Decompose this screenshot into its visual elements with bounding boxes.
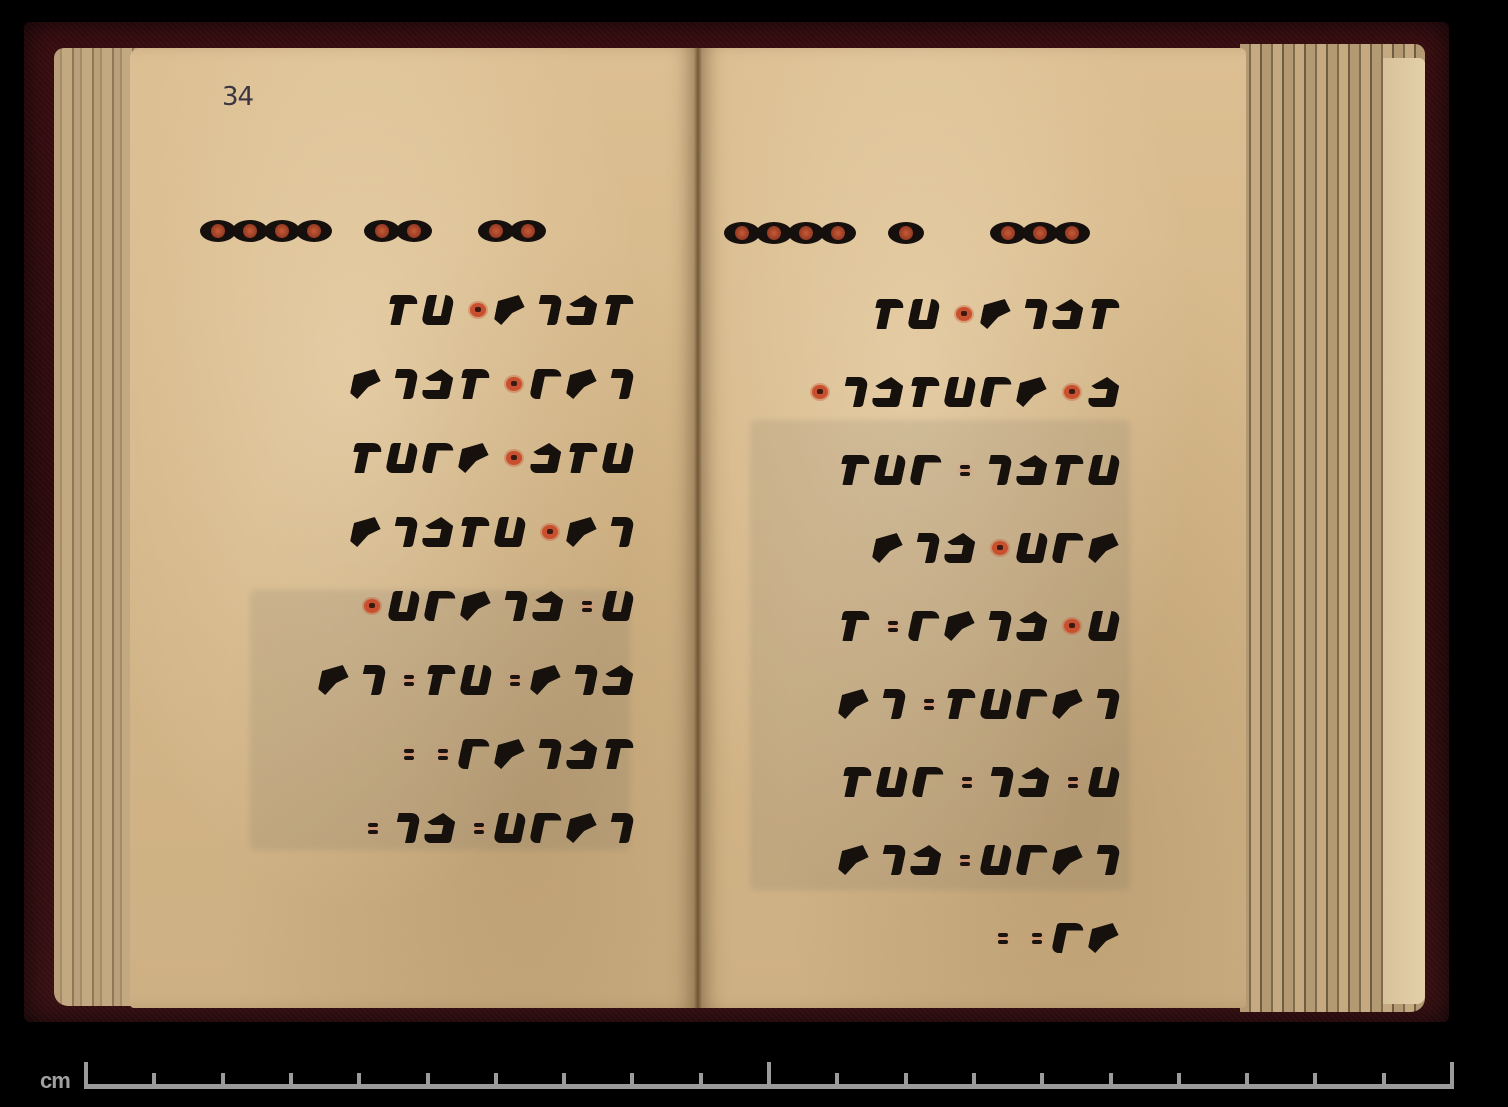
script-glyph	[981, 767, 1015, 797]
script-glyph	[1015, 533, 1049, 563]
script-glyph	[1087, 767, 1121, 797]
colon-separator-icon	[994, 929, 1012, 947]
script-glyph	[909, 845, 943, 875]
red-black-dot-icon	[510, 220, 546, 242]
script-glyph	[565, 517, 599, 547]
script-glyph	[1051, 689, 1085, 719]
script-glyph	[839, 767, 873, 797]
script-glyph	[979, 455, 1013, 485]
scale-bar	[84, 1062, 1484, 1092]
script-glyph	[1087, 689, 1121, 719]
scale-minor-tick	[972, 1073, 976, 1086]
script-glyph	[529, 665, 563, 695]
colon-separator-icon	[400, 745, 418, 763]
script-glyph	[837, 845, 871, 875]
script-glyph	[601, 295, 635, 325]
script-glyph	[907, 377, 941, 407]
manuscript-line	[874, 526, 1126, 570]
script-glyph	[495, 591, 529, 621]
script-glyph	[979, 611, 1013, 641]
red-black-dot-icon	[396, 220, 432, 242]
script-glyph	[873, 689, 907, 719]
script-glyph	[601, 369, 635, 399]
script-glyph	[1015, 689, 1049, 719]
script-glyph	[385, 517, 419, 547]
red-dot-separator-icon	[542, 525, 558, 539]
script-glyph	[979, 377, 1013, 407]
script-glyph	[385, 369, 419, 399]
scale-minor-tick	[1177, 1073, 1181, 1086]
script-glyph	[529, 369, 563, 399]
red-black-dot-icon	[1054, 222, 1090, 244]
book-gutter	[694, 48, 702, 1008]
manuscript-line	[354, 584, 640, 628]
script-glyph	[457, 443, 491, 473]
colon-separator-icon	[920, 695, 938, 713]
script-glyph	[1087, 377, 1121, 407]
scale-minor-tick	[904, 1073, 908, 1086]
scale-minor-tick	[289, 1073, 293, 1086]
scale-minor-tick	[1245, 1073, 1249, 1086]
script-glyph	[1087, 533, 1121, 563]
script-glyph	[565, 295, 599, 325]
script-glyph	[457, 739, 491, 769]
red-black-dot-icon	[264, 220, 300, 242]
script-glyph	[421, 443, 455, 473]
red-black-dot-icon	[232, 220, 268, 242]
scale-minor-tick	[1040, 1073, 1044, 1086]
colon-separator-icon	[434, 745, 452, 763]
colon-separator-icon	[956, 851, 974, 869]
script-glyph	[421, 369, 455, 399]
script-glyph	[385, 295, 419, 325]
script-glyph	[943, 533, 977, 563]
scale-minor-tick	[1109, 1073, 1113, 1086]
script-glyph	[565, 369, 599, 399]
scale-major-tick	[1450, 1062, 1454, 1086]
script-glyph	[421, 295, 455, 325]
script-glyph	[601, 591, 635, 621]
scale-unit-label: cm	[40, 1068, 70, 1094]
script-glyph	[871, 377, 905, 407]
script-glyph	[1087, 923, 1121, 953]
script-glyph	[387, 813, 421, 843]
red-dot-separator-icon	[470, 303, 486, 317]
colon-separator-icon	[506, 671, 524, 689]
heading-dot-group	[724, 222, 852, 244]
script-glyph	[875, 767, 909, 797]
script-glyph	[493, 813, 527, 843]
script-glyph	[349, 443, 383, 473]
script-glyph	[1015, 611, 1049, 641]
manuscript-line	[842, 760, 1126, 804]
script-glyph	[421, 517, 455, 547]
script-glyph	[837, 689, 871, 719]
script-glyph	[459, 591, 493, 621]
script-glyph	[601, 517, 635, 547]
script-glyph	[493, 295, 527, 325]
script-glyph	[1051, 299, 1085, 329]
script-glyph	[943, 377, 977, 407]
right-page-stack	[1240, 44, 1425, 1012]
script-glyph	[493, 517, 527, 547]
script-glyph	[979, 689, 1013, 719]
red-black-dot-icon	[724, 222, 760, 244]
script-glyph	[457, 369, 491, 399]
scale-minor-tick	[1313, 1073, 1317, 1086]
red-dot-separator-icon	[956, 307, 972, 321]
script-glyph	[871, 299, 905, 329]
colon-separator-icon	[364, 819, 382, 837]
script-glyph	[1015, 299, 1049, 329]
script-glyph	[1087, 299, 1121, 329]
script-glyph	[529, 739, 563, 769]
red-dot-separator-icon	[506, 377, 522, 391]
heading-dot-group	[888, 222, 920, 244]
heading-dot-group	[478, 220, 542, 242]
script-glyph	[529, 813, 563, 843]
scale-minor-tick	[494, 1073, 498, 1086]
script-glyph	[529, 295, 563, 325]
red-black-dot-icon	[788, 222, 824, 244]
script-glyph	[1051, 845, 1085, 875]
script-glyph	[1087, 845, 1121, 875]
script-glyph	[979, 845, 1013, 875]
red-dot-separator-icon	[1064, 619, 1080, 633]
script-glyph	[529, 443, 563, 473]
script-glyph	[1087, 611, 1121, 641]
colon-separator-icon	[470, 819, 488, 837]
script-glyph	[601, 665, 635, 695]
colon-separator-icon	[958, 773, 976, 791]
script-glyph	[1051, 455, 1085, 485]
script-glyph	[1017, 767, 1051, 797]
red-black-dot-icon	[364, 220, 400, 242]
script-glyph	[1015, 845, 1049, 875]
heading-dot-group	[990, 222, 1086, 244]
script-glyph	[531, 591, 565, 621]
script-glyph	[385, 443, 419, 473]
manuscript-line	[392, 732, 640, 776]
manuscript-line	[320, 658, 640, 702]
scale-minor-tick	[221, 1073, 225, 1086]
script-glyph	[565, 665, 599, 695]
script-glyph	[353, 665, 387, 695]
scale-minor-tick	[630, 1073, 634, 1086]
script-glyph	[601, 813, 635, 843]
heading-dot-group	[364, 220, 428, 242]
red-black-dot-icon	[990, 222, 1026, 244]
right-heading-dots	[724, 222, 1122, 244]
scale-minor-tick	[835, 1073, 839, 1086]
script-glyph	[317, 665, 351, 695]
red-dot-separator-icon	[364, 599, 380, 613]
script-glyph	[349, 369, 383, 399]
script-glyph	[873, 455, 907, 485]
scale-minor-tick	[699, 1073, 703, 1086]
script-glyph	[873, 845, 907, 875]
script-glyph	[601, 443, 635, 473]
manuscript-line	[840, 682, 1126, 726]
red-dot-separator-icon	[992, 541, 1008, 555]
script-glyph	[907, 611, 941, 641]
script-glyph	[1051, 533, 1085, 563]
red-black-dot-icon	[756, 222, 792, 244]
script-glyph	[387, 591, 421, 621]
script-glyph	[1051, 923, 1085, 953]
scale-major-tick	[767, 1062, 771, 1086]
manuscript-line	[840, 604, 1126, 648]
scale-minor-tick	[426, 1073, 430, 1086]
script-glyph	[835, 377, 869, 407]
script-glyph	[943, 689, 977, 719]
scale-major-tick	[84, 1062, 88, 1086]
scale-minor-tick	[562, 1073, 566, 1086]
manuscript-line	[802, 370, 1126, 414]
script-glyph	[423, 665, 457, 695]
heading-dot-group	[200, 220, 328, 242]
script-glyph	[911, 767, 945, 797]
script-glyph	[907, 533, 941, 563]
script-glyph	[423, 591, 457, 621]
script-glyph	[493, 739, 527, 769]
colon-separator-icon	[1064, 773, 1082, 791]
red-black-dot-icon	[478, 220, 514, 242]
red-black-dot-icon	[1022, 222, 1058, 244]
manuscript-line	[840, 448, 1126, 492]
script-glyph	[565, 739, 599, 769]
script-glyph	[423, 813, 457, 843]
script-glyph	[837, 455, 871, 485]
colon-separator-icon	[956, 461, 974, 479]
scale-minor-tick	[152, 1073, 156, 1086]
manuscript-line	[986, 916, 1126, 960]
red-black-dot-icon	[296, 220, 332, 242]
script-glyph	[601, 739, 635, 769]
red-dot-separator-icon	[506, 451, 522, 465]
left-heading-dots	[200, 220, 578, 242]
manuscript-line	[840, 838, 1126, 882]
scale-minor-tick	[1382, 1073, 1386, 1086]
script-glyph	[1015, 377, 1049, 407]
script-glyph	[871, 533, 905, 563]
manuscript-line	[352, 436, 640, 480]
script-glyph	[837, 611, 871, 641]
script-glyph	[459, 665, 493, 695]
scale-minor-tick	[357, 1073, 361, 1086]
script-glyph	[349, 517, 383, 547]
manuscript-line	[356, 806, 640, 850]
manuscript-line	[352, 362, 640, 406]
red-dot-separator-icon	[812, 385, 828, 399]
manuscript-line	[352, 510, 640, 554]
colon-separator-icon	[1028, 929, 1046, 947]
script-glyph	[943, 611, 977, 641]
flyleaf	[1383, 58, 1425, 1004]
red-black-dot-icon	[200, 220, 236, 242]
red-black-dot-icon	[888, 222, 924, 244]
colon-separator-icon	[884, 617, 902, 635]
colon-separator-icon	[400, 671, 418, 689]
red-black-dot-icon	[820, 222, 856, 244]
page-number: 34	[222, 82, 253, 112]
script-glyph	[565, 443, 599, 473]
script-glyph	[979, 299, 1013, 329]
colon-separator-icon	[578, 597, 596, 615]
script-glyph	[565, 813, 599, 843]
manuscript-line	[388, 288, 640, 332]
script-glyph	[1015, 455, 1049, 485]
script-glyph	[907, 299, 941, 329]
red-dot-separator-icon	[1064, 385, 1080, 399]
script-glyph	[457, 517, 491, 547]
script-glyph	[909, 455, 943, 485]
script-glyph	[1087, 455, 1121, 485]
manuscript-line	[874, 292, 1126, 336]
